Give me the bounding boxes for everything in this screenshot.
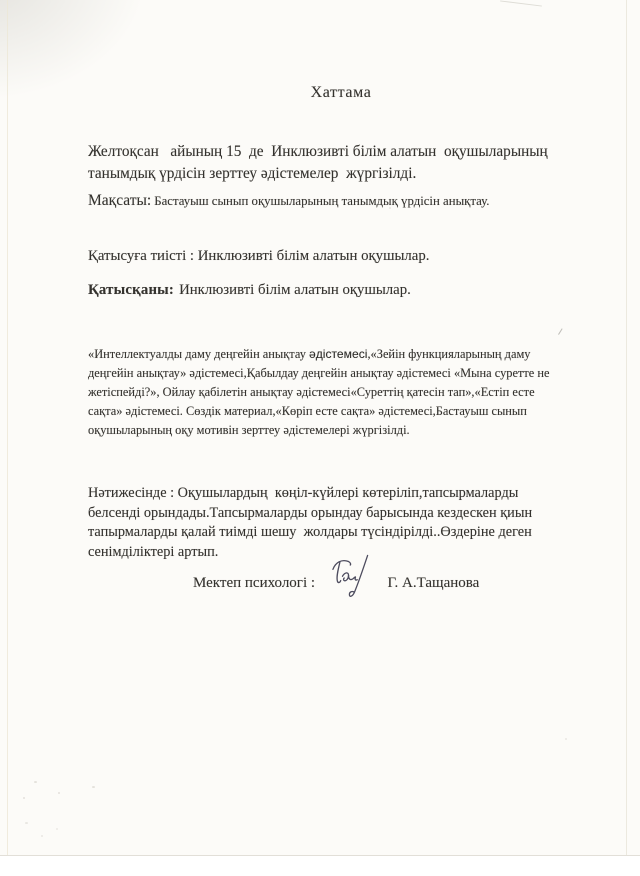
scan-tick-mark <box>558 328 563 335</box>
signoff-name: Г. А.Тащанова <box>384 575 480 592</box>
scan-speck <box>34 781 37 783</box>
scan-speck <box>41 835 43 837</box>
handwritten-signature-icon <box>326 551 378 605</box>
methods-text-part1: «Интеллектуалды даму деңгейін анықтау <box>88 347 309 361</box>
result-paragraph: Нәтижесінде : Оқушылардың көңіл-күйлері … <box>88 484 558 562</box>
document-title: Хаттама <box>21 84 640 102</box>
required-attendees-line: Қатысуға тиісті : Инклюзивті білім алаты… <box>88 246 588 266</box>
signoff-label: Мектеп психологі : <box>193 575 319 592</box>
goal-text: Бастауыш сынып оқушыларының танымдық үрд… <box>154 194 489 208</box>
methods-paragraph: «Интеллектуалды даму деңгейін анықтау әд… <box>88 345 572 440</box>
scan-speck <box>92 786 95 788</box>
scanner-background <box>0 856 640 876</box>
page-edge-left <box>7 0 8 856</box>
page-edge-right <box>626 0 627 856</box>
scan-area: Хаттама Желтоқсан айының 15 де Инклюзивт… <box>0 0 640 856</box>
intro-paragraph: Желтоқсан айының 15 де Инклюзивті білім … <box>88 141 564 184</box>
scan-speck <box>25 822 28 824</box>
attended-text: Инклюзивті білім алатын оқушылар. <box>179 282 411 298</box>
signoff-row: Мектеп психологі : Г. А.Тащанова <box>193 562 479 604</box>
scanned-document-page: Хаттама Желтоқсан айының 15 де Инклюзивт… <box>0 0 640 876</box>
scan-speck <box>23 797 25 799</box>
goal-line: Мақсаты:Бастауыш сынып оқушыларының таны… <box>88 191 588 211</box>
scan-speck <box>58 792 60 794</box>
methods-text-highlight: әдістемесі <box>309 347 367 361</box>
attended-line: Қатысқаны:Инклюзивті білім алатын оқушыл… <box>88 280 588 300</box>
scan-speck <box>565 738 567 740</box>
scan-speck <box>56 828 58 830</box>
scan-top-scratch <box>500 0 542 6</box>
goal-label: Мақсаты: <box>88 192 151 209</box>
attended-label: Қатысқаны: <box>88 282 174 298</box>
